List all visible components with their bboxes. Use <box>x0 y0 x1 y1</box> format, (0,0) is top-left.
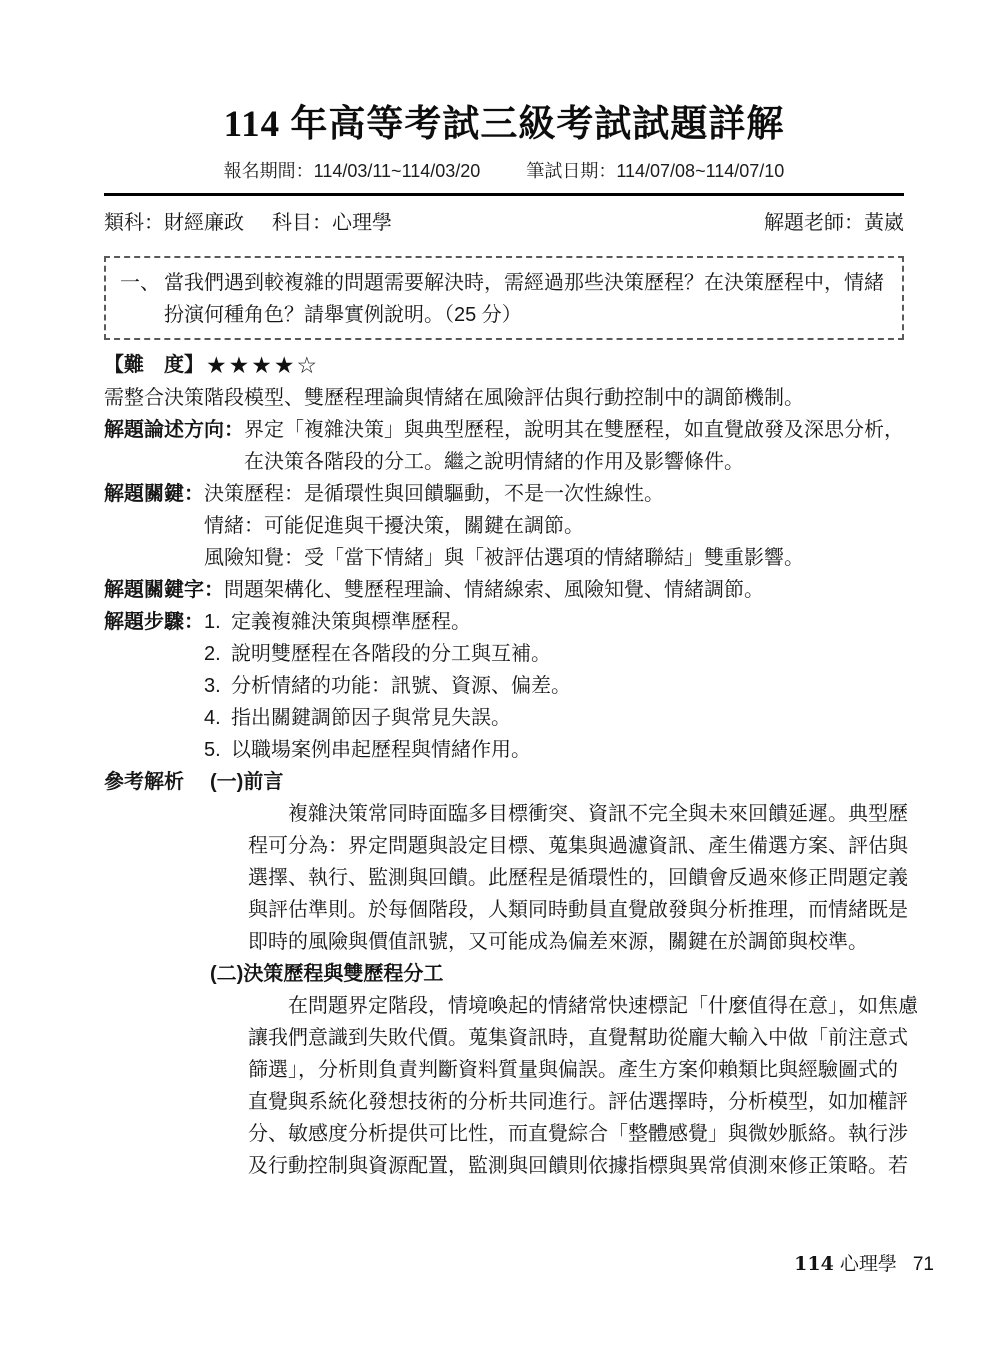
steps-label: 解題步驟： <box>104 606 204 638</box>
paragraph-line: 與評估準則。於每個階段，人類同時動員直覺啟發與分析推理，而情緒既是 <box>248 894 904 926</box>
step-item: 2. 說明雙歷程在各階段的分工與互補。 <box>204 638 904 670</box>
row-steps: 解題步驟： 1. 定義複雜決策與標準歷程。 2. 說明雙歷程在各階段的分工與互補… <box>104 606 904 766</box>
page-footer: 114心理學71 <box>794 1252 934 1277</box>
key-point-line: 情緒：可能促進與干擾決策，關鍵在調節。 <box>204 510 904 542</box>
step-text: 以職場案例串起歷程與情緒作用。 <box>231 734 531 766</box>
question-row: 一、 當我們遇到較複雜的問題需要解決時，需經過那些決策歷程？在決策歷程中，情緒扮… <box>120 267 888 331</box>
question-number: 一、 <box>120 267 164 331</box>
step-text: 定義複雜決策與標準歷程。 <box>231 606 471 638</box>
analysis-section-2: (二)決策歷程與雙歷程分工 在問題界定階段，情境喚起的情緒常快速標記「什麼值得在… <box>210 958 904 1182</box>
document-page: 114 年高等考試三級考試試題詳解 報名期間：114/03/11~114/03/… <box>0 0 1000 1353</box>
keywords-content: 問題架構化、雙歷程理論、情緒線索、風險知覺、情緒調節。 <box>224 574 904 606</box>
row-direction: 解題論述方向： 界定「複雜決策」與典型歷程，說明其在雙歷程，如直覺啟發及深思分析… <box>104 414 904 478</box>
step-item: 5. 以職場案例串起歷程與情緒作用。 <box>204 734 904 766</box>
question-text: 當我們遇到較複雜的問題需要解決時，需經過那些決策歷程？在決策歷程中，情緒扮演何種… <box>164 267 888 331</box>
teacher-label: 解題老師：黃崴 <box>764 211 904 236</box>
paragraph-line: 讓我們意識到失敗代價。蒐集資訊時，直覺幫助從龐大輸入中做「前注意式 <box>248 1022 904 1054</box>
footer-book-number: 114 <box>794 1253 834 1275</box>
footer-page-number: 71 <box>913 1254 934 1275</box>
paragraph-line: 分、敏感度分析提供可比性，而直覺綜合「整體感覺」與微妙脈絡。執行涉 <box>248 1118 904 1150</box>
step-number: 4. <box>204 702 231 734</box>
step-number: 5. <box>204 734 231 766</box>
step-item: 1. 定義複雜決策與標準歷程。 <box>204 606 904 638</box>
direction-line: 在決策各階段的分工。繼之說明情緒的作用及影響條件。 <box>244 446 904 478</box>
step-text: 指出關鍵調節因子與常見失誤。 <box>231 702 511 734</box>
direction-content: 界定「複雜決策」與典型歷程，說明其在雙歷程，如直覺啟發及深思分析，在決策各階段的… <box>244 414 904 478</box>
steps-content: 1. 定義複雜決策與標準歷程。 2. 說明雙歷程在各階段的分工與互補。 3. 分… <box>204 606 904 766</box>
step-item: 4. 指出關鍵調節因子與常見失誤。 <box>204 702 904 734</box>
difficulty-stars: ★★★★☆ <box>206 351 319 379</box>
written-exam-date: 筆試日期：114/07/08~114/07/10 <box>526 160 784 182</box>
paragraph-line: 即時的風險與價值訊號，又可能成為偏差來源，關鍵在於調節與校準。 <box>248 926 904 958</box>
analysis-section-2-paragraph: 在問題界定階段，情境喚起的情緒常快速標記「什麼值得在意」，如焦慮讓我們意識到失敗… <box>248 990 904 1182</box>
difficulty-note: 需整合決策階段模型、雙歷程理論與情緒在風險評估與行動控制中的調節機制。 <box>104 383 904 413</box>
question-box: 一、 當我們遇到較複雜的問題需要解決時，需經過那些決策歷程？在決策歷程中，情緒扮… <box>104 256 904 340</box>
step-item: 3. 分析情緒的功能：訊號、資源、偏差。 <box>204 670 904 702</box>
paragraph-line: 程可分為：界定問題與設定目標、蒐集與過濾資訊、產生備選方案、評估與 <box>248 830 904 862</box>
key-points-content: 決策歷程：是循環性與回饋驅動，不是一次性線性。情緒：可能促進與干擾決策，關鍵在調… <box>204 478 904 574</box>
page-title: 114 年高等考試三級考試試題詳解 <box>104 102 904 148</box>
meta-left: 類科：財經廉政 科目：心理學 <box>104 211 392 236</box>
page-content: 114 年高等考試三級考試試題詳解 報名期間：114/03/11~114/03/… <box>0 0 1000 1182</box>
analysis-content: (一)前言 複雜決策常同時面臨多目標衝突、資訊不完全與未來回饋延遲。典型歷程可分… <box>210 766 904 1182</box>
keywords-line: 問題架構化、雙歷程理論、情緒線索、風險知覺、情緒調節。 <box>224 574 904 606</box>
key-points-label: 解題關鍵： <box>104 478 204 510</box>
difficulty-row: 【難 度】 ★★★★☆ <box>104 351 904 379</box>
exam-dates-row: 報名期間：114/03/11~114/03/20 筆試日期：114/07/08~… <box>104 160 904 182</box>
step-number: 3. <box>204 670 231 702</box>
key-point-line: 風險知覺：受「當下情緒」與「被評估選項的情緒聯結」雙重影響。 <box>204 542 904 574</box>
paragraph-line: 篩選」，分析則負責判斷資料質量與偏誤。產生方案仰賴類比與經驗圖式的 <box>248 1054 904 1086</box>
analysis-label: 參考解析 <box>104 766 184 798</box>
direction-line: 界定「複雜決策」與典型歷程，說明其在雙歷程，如直覺啟發及深思分析， <box>244 414 904 446</box>
row-keywords: 解題關鍵字： 問題架構化、雙歷程理論、情緒線索、風險知覺、情緒調節。 <box>104 574 904 606</box>
step-text: 分析情緒的功能：訊號、資源、偏差。 <box>231 670 571 702</box>
key-point-line: 決策歷程：是循環性與回饋驅動，不是一次性線性。 <box>204 478 904 510</box>
paragraph-line: 直覺與系統化發想技術的分析共同進行。評估選擇時，分析模型，如加權評 <box>248 1086 904 1118</box>
paragraph-line: 複雜決策常同時面臨多目標衝突、資訊不完全與未來回饋延遲。典型歷 <box>248 798 904 830</box>
category-label: 類科：財經廉政 <box>104 211 244 236</box>
step-text: 說明雙歷程在各階段的分工與互補。 <box>231 638 551 670</box>
paragraph-line: 及行動控制與資源配置，監測與回饋則依據指標與異常偵測來修正策略。若 <box>248 1150 904 1182</box>
paragraph-line: 選擇、執行、監測與回饋。此歷程是循環性的，回饋會反過來修正問題定義 <box>248 862 904 894</box>
row-key-points: 解題關鍵： 決策歷程：是循環性與回饋驅動，不是一次性線性。情緒：可能促進與干擾決… <box>104 478 904 574</box>
analysis-section-2-heading: (二)決策歷程與雙歷程分工 <box>210 958 904 990</box>
difficulty-label: 【難 度】 <box>104 351 204 379</box>
subject-label: 科目：心理學 <box>272 211 392 236</box>
registration-period: 報名期間：114/03/11~114/03/20 <box>224 160 481 182</box>
row-analysis: 參考解析 (一)前言 複雜決策常同時面臨多目標衝突、資訊不完全與未來回饋延遲。典… <box>104 766 904 1182</box>
step-number: 2. <box>204 638 231 670</box>
solution-rows: 解題論述方向： 界定「複雜決策」與典型歷程，說明其在雙歷程，如直覺啟發及深思分析… <box>104 414 904 1182</box>
step-number: 1. <box>204 606 231 638</box>
keywords-label: 解題關鍵字： <box>104 574 224 606</box>
direction-label: 解題論述方向： <box>104 414 244 446</box>
analysis-section-1-heading: (一)前言 <box>210 766 904 798</box>
paragraph-line: 在問題界定階段，情境喚起的情緒常快速標記「什麼值得在意」，如焦慮 <box>248 990 904 1022</box>
footer-subject: 心理學 <box>840 1254 897 1275</box>
analysis-section-1-paragraph: 複雜決策常同時面臨多目標衝突、資訊不完全與未來回饋延遲。典型歷程可分為：界定問題… <box>248 798 904 958</box>
meta-row: 類科：財經廉政 科目：心理學 解題老師：黃崴 <box>104 211 904 236</box>
header-divider <box>104 193 904 196</box>
analysis-section-1: (一)前言 複雜決策常同時面臨多目標衝突、資訊不完全與未來回饋延遲。典型歷程可分… <box>210 766 904 958</box>
question-line: 扮演何種角色？請舉實例說明。（25 分） <box>164 299 888 331</box>
question-line: 當我們遇到較複雜的問題需要解決時，需經過那些決策歷程？在決策歷程中，情緒 <box>164 267 888 299</box>
